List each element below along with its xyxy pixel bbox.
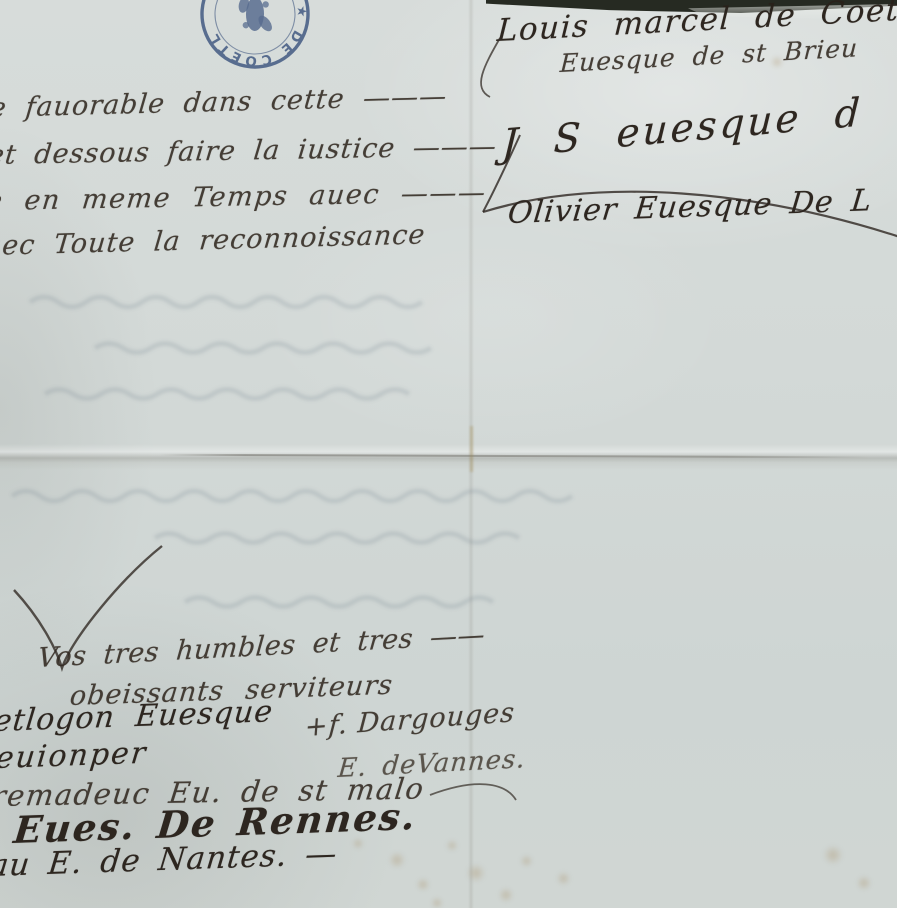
stain-spot (556, 872, 571, 885)
stmalo-tail-flourish (430, 784, 516, 800)
stain-spot (520, 855, 533, 867)
stain-spot (446, 840, 458, 851)
stain-spot (430, 898, 444, 908)
stain-spot (466, 864, 486, 882)
stain-spot (388, 852, 406, 868)
closing-v-flourish (14, 546, 162, 668)
manuscript-photo: ★ DE COETLOGON Louis marcel de Coet Eues… (0, 0, 897, 908)
heading-l-swash (481, 38, 500, 97)
j-descender-flourish (483, 135, 520, 212)
ink-flourishes-overlay (0, 0, 897, 908)
stain-spot (856, 876, 872, 890)
stain-spot (822, 846, 844, 864)
stain-spot (770, 56, 784, 68)
stain-spot (498, 888, 514, 902)
bleedthrough-ghost-writing (12, 297, 572, 607)
stain-spot (352, 838, 364, 849)
signature-sweep-flourish (483, 192, 897, 238)
stain-spot (416, 878, 430, 891)
